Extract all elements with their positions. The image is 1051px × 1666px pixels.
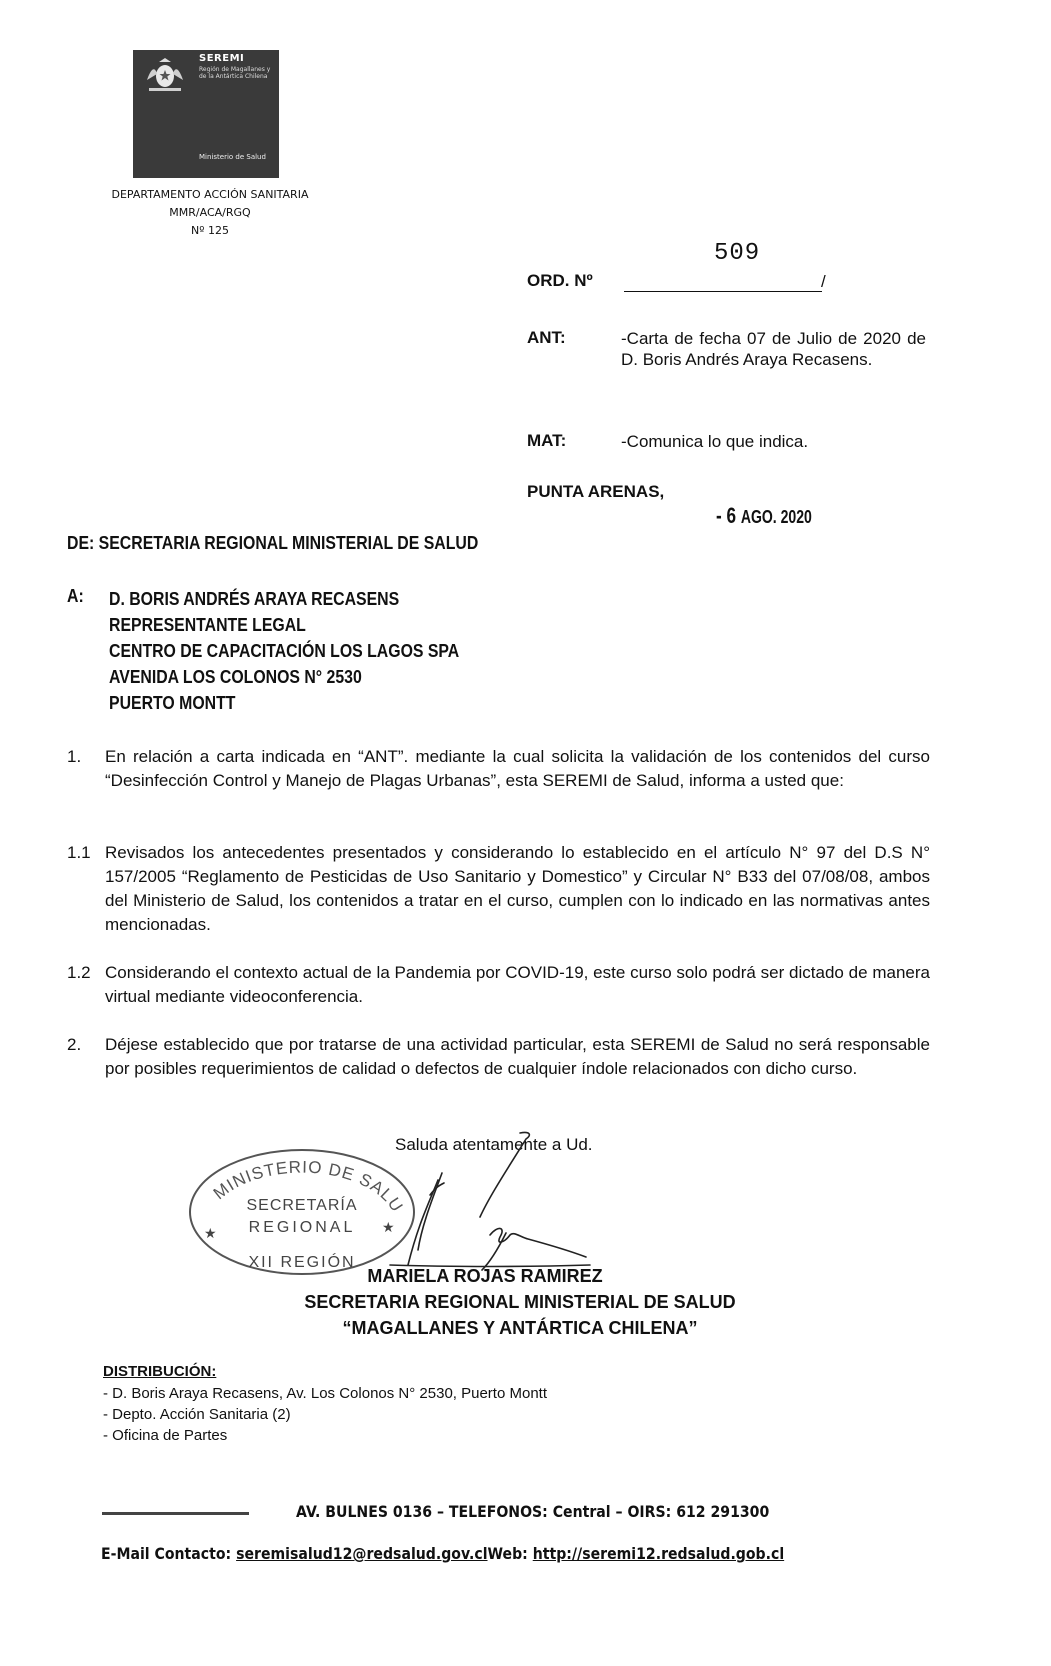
mat-text: -Comunica lo que indica. xyxy=(621,431,808,452)
mat-label: MAT: xyxy=(527,431,566,451)
chile-coat-of-arms-icon xyxy=(143,58,187,94)
logo-title: SEREMI xyxy=(199,53,244,64)
from-line: DE: SECRETARIA REGIONAL MINISTERIAL DE S… xyxy=(67,533,478,554)
paragraph-number: 1.1 xyxy=(67,841,107,865)
footer-contact: E-Mail Contacto: seremisalud12@redsalud.… xyxy=(101,1544,784,1563)
paragraph-text: En relación a carta indicada en “ANT”. m… xyxy=(105,745,930,793)
footer-address: AV. BULNES 0136 – TELEFONOS: Central – O… xyxy=(296,1502,769,1521)
svg-text:★: ★ xyxy=(204,1225,217,1241)
distribution-item: - D. Boris Araya Recasens, Av. Los Colon… xyxy=(103,1383,547,1404)
email-label: E-Mail Contacto: xyxy=(101,1544,236,1563)
paragraph-number: 1.2 xyxy=(67,961,107,985)
logo-region: Región de Magallanes y de la Antártica C… xyxy=(199,66,277,80)
email-link[interactable]: seremisalud12@redsalud.gov.cl xyxy=(236,1544,487,1563)
initials: MMR/ACA/RGQ xyxy=(100,204,320,222)
ant-label: ANT: xyxy=(527,328,566,348)
paragraph-text: Considerando el contexto actual de la Pa… xyxy=(105,961,930,1009)
signer-title: SECRETARIA REGIONAL MINISTERIAL DE SALUD xyxy=(240,1292,800,1313)
distribution-item: - Depto. Acción Sanitaria (2) xyxy=(103,1404,547,1425)
ord-slash: / xyxy=(821,272,826,292)
ant-text: -Carta de fecha 07 de Julio de 2020 de D… xyxy=(621,328,926,370)
to-address: D. BORIS ANDRÉS ARAYA RECASENS REPRESENT… xyxy=(109,586,507,716)
city: PUNTA ARENAS, xyxy=(527,482,664,502)
ord-label: ORD. Nº xyxy=(527,271,593,291)
web-label: Web: xyxy=(488,1544,533,1563)
department-block: DEPARTAMENTO ACCIÓN SANITARIA MMR/ACA/RG… xyxy=(100,186,320,240)
signer-name: MARIELA ROJAS RAMIREZ xyxy=(285,1266,685,1287)
internal-number: Nº 125 xyxy=(100,222,320,240)
distribution-list: - D. Boris Araya Recasens, Av. Los Colon… xyxy=(103,1383,547,1446)
handwritten-signature-icon xyxy=(380,1125,620,1275)
date-stamp: - 6 AGO. 2020 xyxy=(716,503,812,529)
date-month-year: AGO. 2020 xyxy=(741,507,812,527)
logo-ministry: Ministerio de Salud xyxy=(199,152,277,162)
distribution-item: - Oficina de Partes xyxy=(103,1425,547,1446)
date-day: - 6 xyxy=(716,503,736,528)
paragraph-text: Revisados los antecedentes presentados y… xyxy=(105,841,930,937)
to-line: AVENIDA LOS COLONOS N° 2530 xyxy=(109,664,459,690)
to-line: D. BORIS ANDRÉS ARAYA RECASENS xyxy=(109,586,459,612)
to-line: CENTRO DE CAPACITACIÓN LOS LAGOS SPA xyxy=(109,638,459,664)
department-name: DEPARTAMENTO ACCIÓN SANITARIA xyxy=(100,186,320,204)
seremi-logo: SEREMI Región de Magallanes y de la Antá… xyxy=(133,50,279,178)
paragraph-number: 1. xyxy=(67,745,107,769)
to-line: REPRESENTANTE LEGAL xyxy=(109,612,459,638)
footer-rule xyxy=(102,1512,249,1515)
svg-text:SECRETARÍA: SECRETARÍA xyxy=(246,1195,357,1214)
distribution-title: DISTRIBUCIÓN: xyxy=(103,1363,216,1380)
to-line: PUERTO MONTT xyxy=(109,690,459,716)
paragraph-text: Déjese establecido que por tratarse de u… xyxy=(105,1033,930,1081)
paragraph-number: 2. xyxy=(67,1033,107,1057)
signer-region: “MAGALLANES Y ANTÁRTICA CHILENA” xyxy=(240,1318,800,1339)
svg-text:REGIONAL: REGIONAL xyxy=(249,1219,356,1236)
to-label: A: xyxy=(67,586,84,607)
web-link[interactable]: http://seremi12.redsalud.gob.cl xyxy=(533,1544,784,1563)
ord-number-line xyxy=(624,291,822,292)
ord-number: 509 xyxy=(714,240,760,267)
